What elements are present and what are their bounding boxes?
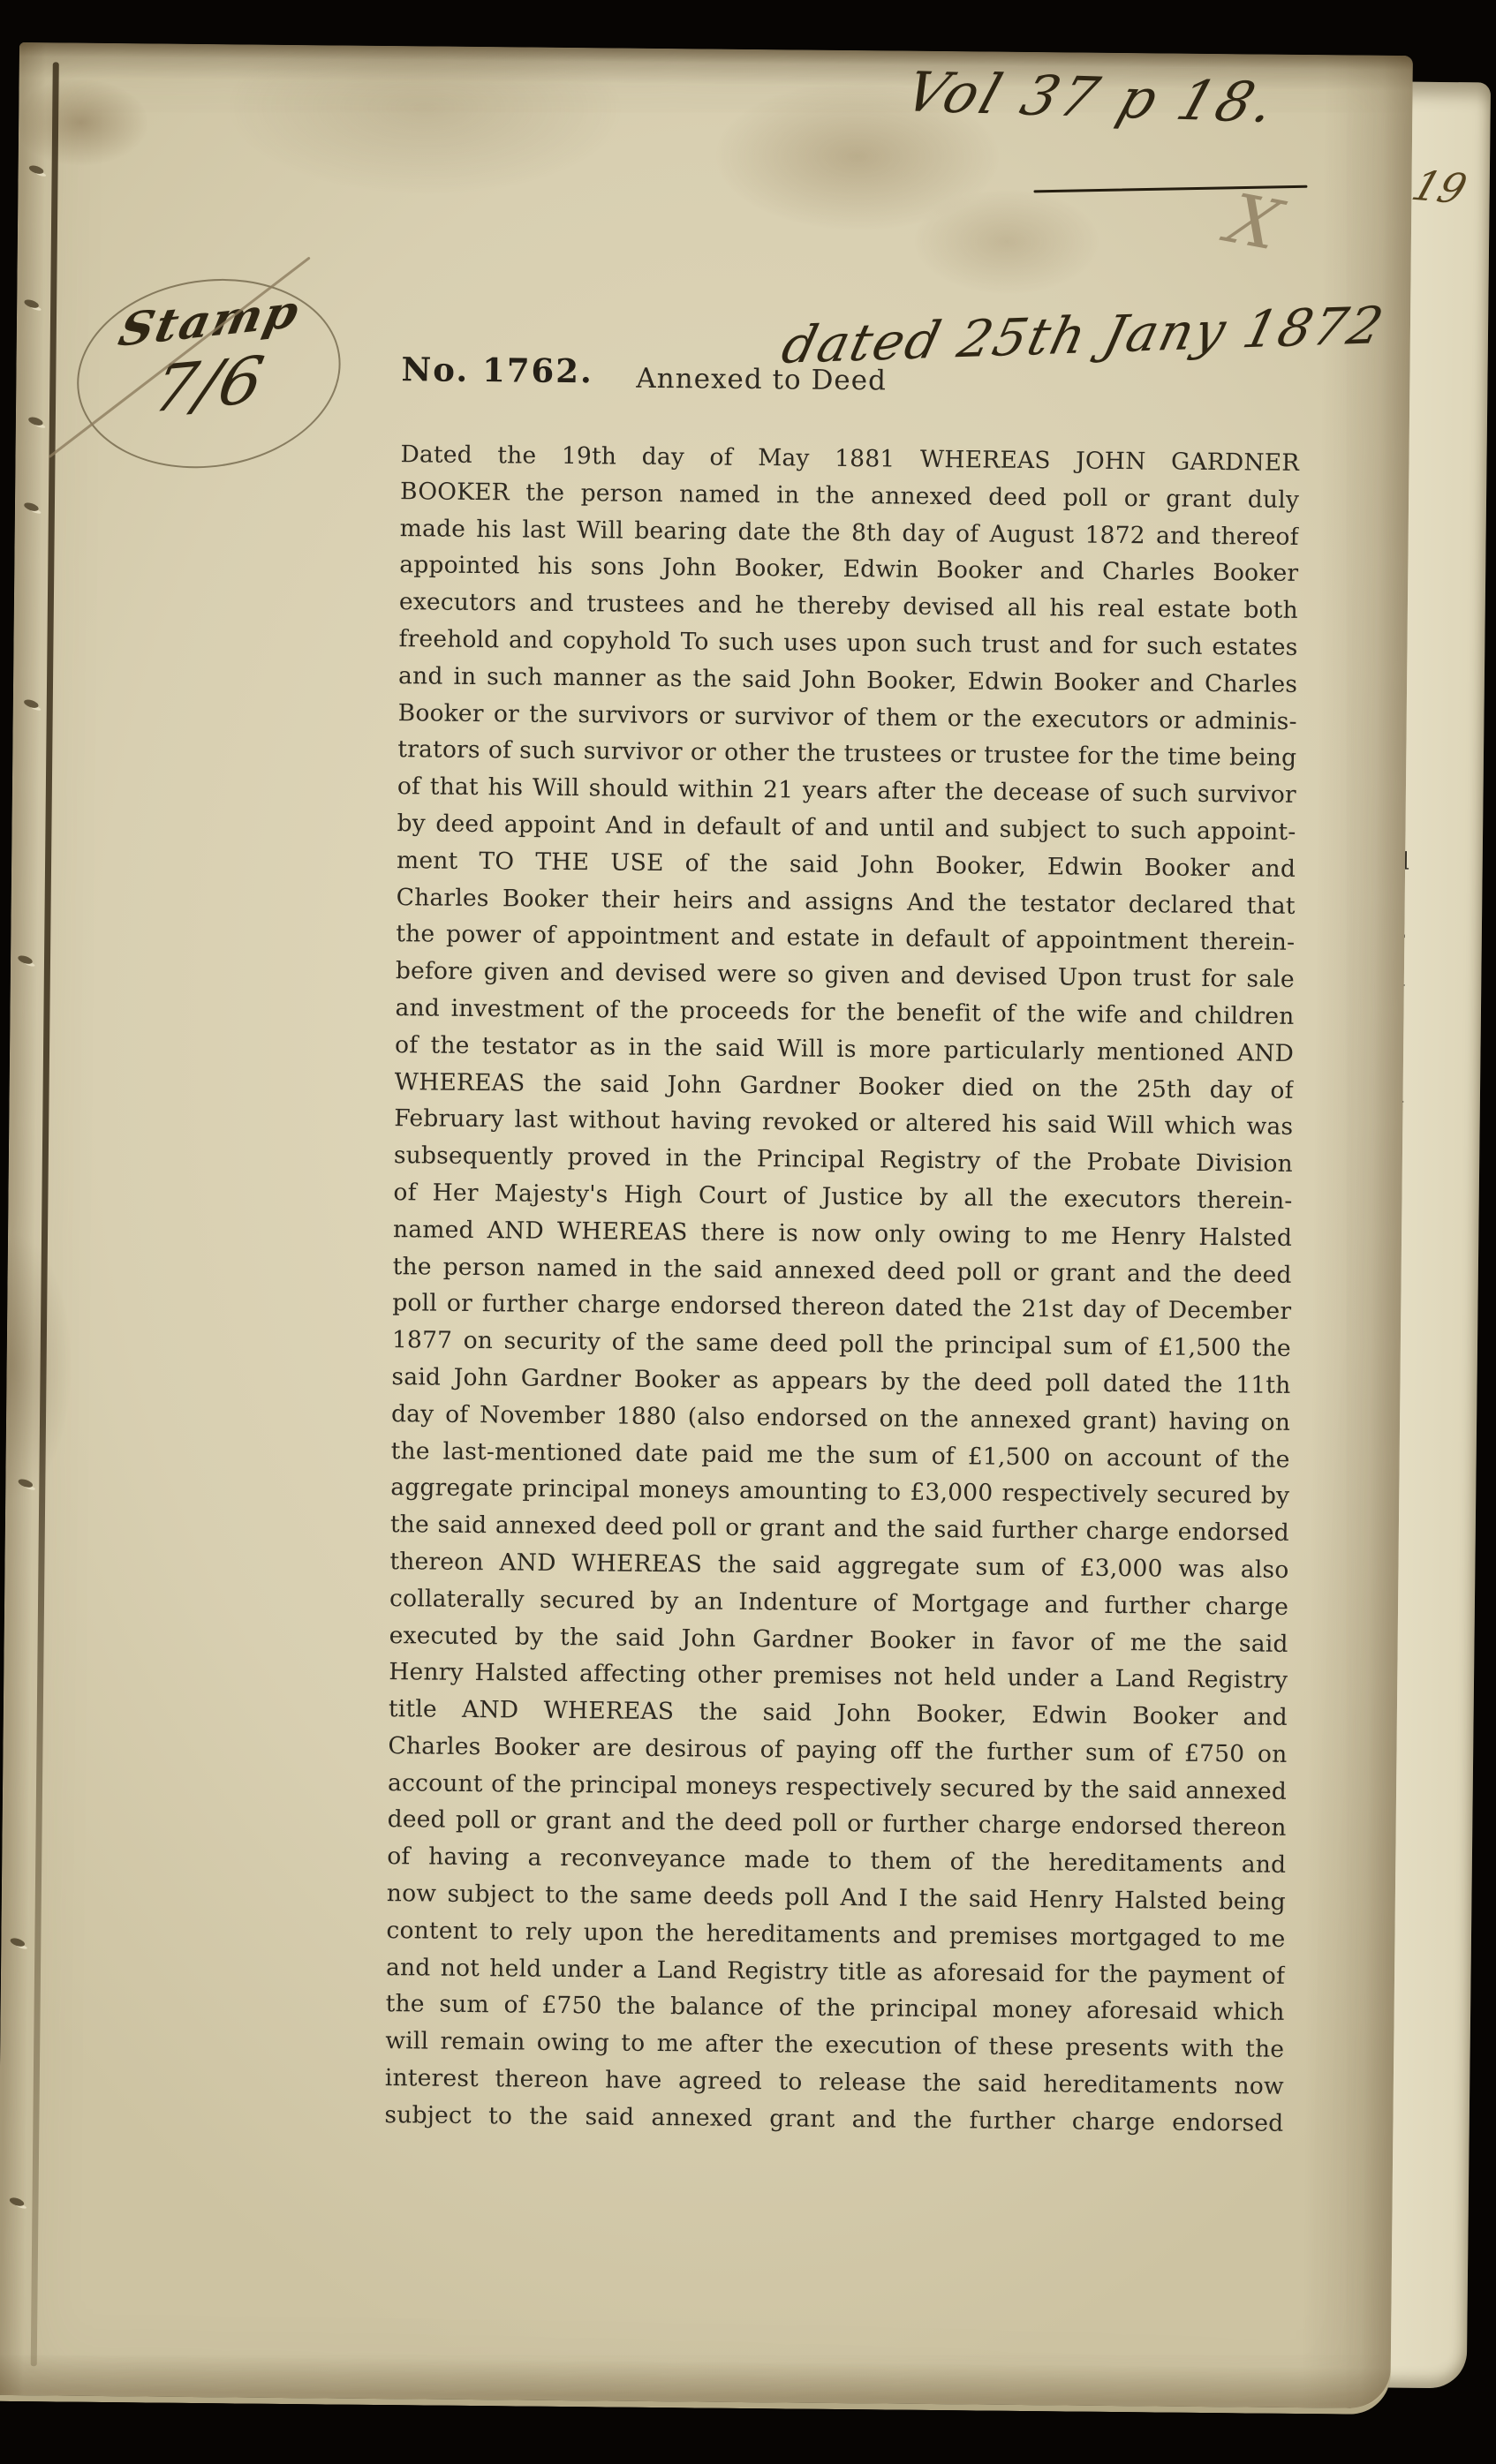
binding-stitch	[10, 1937, 26, 1948]
pencil-x-mark: X	[1220, 185, 1288, 260]
document-number: No. 1762.	[401, 350, 593, 390]
binding-stitch	[9, 2197, 26, 2208]
stamp-annotation: Stamp 7/6	[49, 241, 433, 571]
deed-body-line: subject to the said annexed grant and th…	[384, 2097, 1283, 2143]
stamp-value: 7/6	[147, 343, 269, 428]
binding-stitch	[17, 954, 34, 966]
binding-stitch	[18, 1478, 34, 1489]
deed-body-text: Dated the 19th day of May 1881 WHEREAS J…	[384, 436, 1299, 2142]
document-page: Stamp 7/6 Vol 37 p 18. X No. 1762. Annex…	[0, 42, 1413, 2415]
binding-stitch	[23, 501, 40, 513]
book-spread: 19 dlr1l-1 Stamp 7/6 Vol 37 p 18. X No. …	[0, 0, 1496, 2464]
volume-reference-handwriting: Vol 37 p 18.	[897, 59, 1287, 135]
handwritten-page-number: 19	[1406, 162, 1472, 213]
binding-stitch	[23, 298, 40, 310]
binding-stitch	[27, 416, 44, 427]
binding-stitch	[23, 698, 40, 710]
binding-stitch	[28, 164, 45, 176]
handwritten-deed-date: dated 25th Jany 1872	[776, 295, 1390, 375]
